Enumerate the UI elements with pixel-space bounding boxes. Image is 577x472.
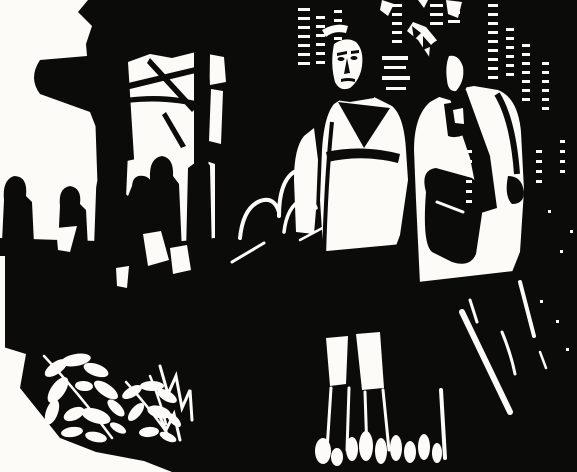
light-speck bbox=[540, 300, 543, 303]
woodcut-illustration: High-contrast black-and-white woodcut il… bbox=[0, 0, 577, 472]
silhouette-figure bbox=[186, 162, 212, 257]
trunk-slit-lower bbox=[209, 89, 223, 144]
trunk-slit-upper bbox=[208, 54, 226, 85]
light-speck bbox=[556, 320, 559, 323]
eye bbox=[351, 56, 358, 60]
light-speck bbox=[548, 210, 551, 213]
light-gap bbox=[116, 266, 129, 288]
light-speck bbox=[566, 348, 569, 351]
light-speck bbox=[570, 230, 573, 233]
slung-pack bbox=[424, 168, 482, 264]
eye bbox=[338, 57, 345, 61]
edge-light-sliver bbox=[0, 256, 5, 350]
light-speck bbox=[560, 250, 563, 253]
